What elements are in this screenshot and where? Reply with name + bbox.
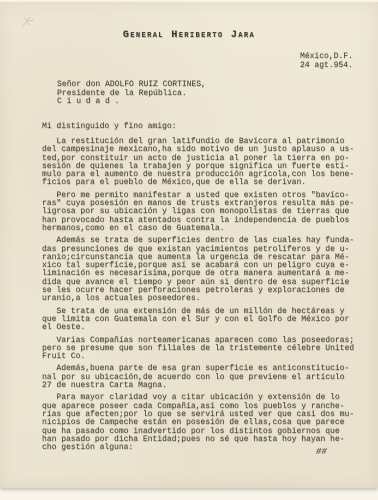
salutation: Mi distinguido y fino amigo: bbox=[42, 122, 176, 131]
pencil-mark bbox=[20, 14, 42, 30]
paragraph-companias-norteamericanas: Varias Compañías norteamericanas aparece… bbox=[42, 337, 370, 362]
scanned-letter-page: { "colors": { "paper": "#efe8d6", "backd… bbox=[0, 0, 378, 500]
paragraph-restitucion-bavicora: La restitución del gran latifundio de Ba… bbox=[42, 138, 370, 188]
letter-paper: General Heriberto Jara México,D.F. 24 ag… bbox=[0, 2, 378, 488]
paragraph-yacimientos-petroliferos: Además se trata de superficies dentro de… bbox=[42, 237, 370, 303]
paragraph-anticonstitucional: Además,buena parte de esa gran superfici… bbox=[42, 365, 370, 390]
letterhead-title: General Heriberto Jara bbox=[0, 30, 378, 41]
paragraph-otros-bavicoras: Pero me permito manifestar a usted que e… bbox=[42, 192, 370, 233]
page-continuation-mark: ## bbox=[316, 447, 327, 457]
letter-body: La restitución del gran latifundio de Ba… bbox=[42, 138, 370, 456]
paragraph-ubicacion-extension: Para mayor claridad voy a citar ubicació… bbox=[42, 394, 370, 452]
paragraph-extension-hectareas: Se trata de una extensión de más de un m… bbox=[42, 308, 370, 333]
dateline: México,D.F. 24 agt.954. bbox=[300, 53, 353, 70]
recipient-block: Señor don ADOLFO RUIZ CORTINES, Presiden… bbox=[57, 81, 206, 107]
